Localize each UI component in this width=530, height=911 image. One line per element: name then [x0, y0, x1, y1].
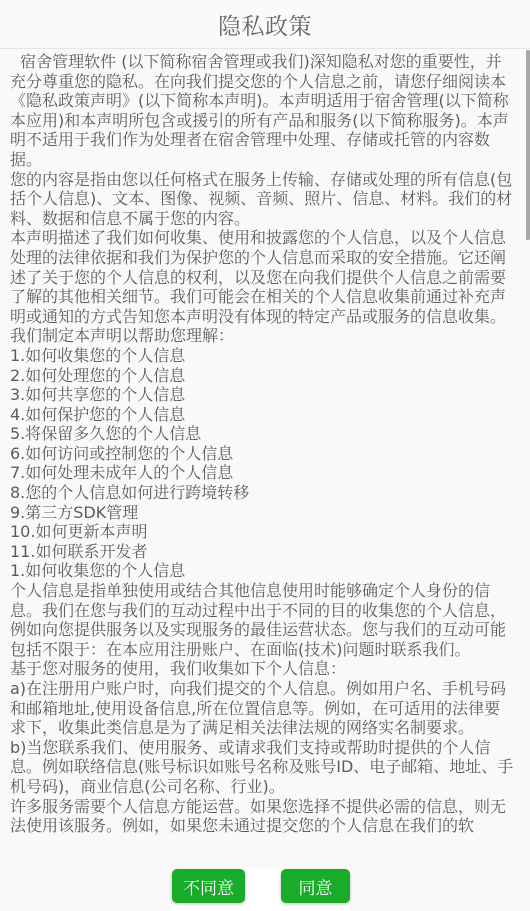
section-paragraph: a)在注册用户账户时，向我们提交的个人信息。例如用户名、手机号码和邮箱地址,使用…	[10, 679, 516, 738]
section-heading: 1.如何收集您的个人信息	[10, 561, 516, 581]
policy-paragraph: 您的内容是指由您以任何格式在服务上传输、存储或处理的所有信息(包括个人信息)、文…	[10, 170, 516, 229]
policy-scroll-area[interactable]: 宿舍管理软件 (以下简称宿舍管理或我们)深知隐私对您的重要性，并充分尊重您的隐私…	[0, 49, 530, 867]
agree-button[interactable]: 同意	[281, 869, 350, 903]
disagree-button[interactable]: 不同意	[172, 869, 245, 903]
policy-paragraph: 宿舍管理软件 (以下简称宿舍管理或我们)深知隐私对您的重要性，并充分尊重您的隐私…	[10, 52, 516, 170]
toc-intro: 我们制定本声明以帮助您理解：	[10, 326, 516, 346]
section-paragraph: b)当您联系我们、使用服务、或请求我们支持或帮助时提供的个人信息。例如联络信息(…	[10, 738, 516, 797]
toc-item: 10.如何更新本声明	[10, 522, 516, 542]
toc-item: 8.您的个人信息如何进行跨境转移	[10, 483, 516, 503]
toc-item: 3.如何共享您的个人信息	[10, 385, 516, 405]
toc-item: 7.如何处理未成年人的个人信息	[10, 463, 516, 483]
toc-item: 6.如何访问或控制您的个人信息	[10, 444, 516, 464]
policy-content: 宿舍管理软件 (以下简称宿舍管理或我们)深知隐私对您的重要性，并充分尊重您的隐私…	[0, 49, 516, 836]
section-paragraph: 个人信息是指单独使用或结合其他信息使用时能够确定个人身份的信息。我们在您与我们的…	[10, 581, 516, 659]
toc-item: 2.如何处理您的个人信息	[10, 366, 516, 386]
toc-item: 5.将保留多久您的个人信息	[10, 424, 516, 444]
title-bar: 隐私政策	[0, 0, 530, 49]
section-paragraph: 基于您对服务的使用，我们收集如下个人信息：	[10, 659, 516, 679]
page-title: 隐私政策	[218, 8, 312, 41]
scrollbar-thumb[interactable]	[526, 50, 530, 240]
toc-item: 9.第三方SDK管理	[10, 503, 516, 523]
policy-paragraph: 本声明描述了我们如何收集、使用和披露您的个人信息，以及个人信息处理的法律依据和我…	[10, 228, 516, 326]
section-paragraph: 许多服务需要个人信息方能运营。如果您选择不提供必需的信息，则无法使用该服务。例如…	[10, 797, 516, 836]
toc-item: 11.如何联系开发者	[10, 542, 516, 562]
toc-item: 1.如何收集您的个人信息	[10, 346, 516, 366]
toc-item: 4.如何保护您的个人信息	[10, 405, 516, 425]
